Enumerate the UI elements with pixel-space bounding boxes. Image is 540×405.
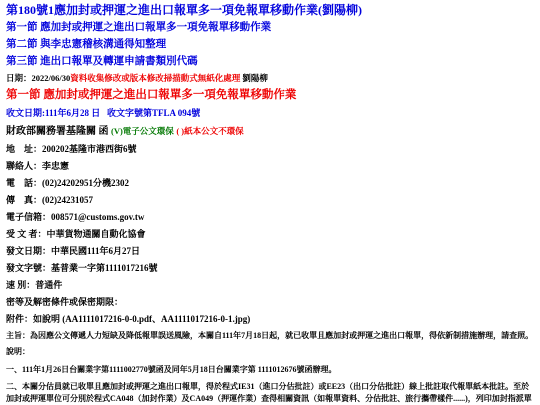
field-fax: 傳 真：(02)24231057 — [6, 195, 534, 206]
received-number: 收文字號第TFLA 094號 — [107, 108, 200, 118]
toc-section-3: 第三節 進出口報單及轉運申請書類別代碼 — [6, 56, 534, 68]
field-value: 200202基隆市港西街6號 — [42, 144, 137, 154]
explanation-item-1: 一、111年1月26日台關業字第1111002770號函及同年5月18日台關業字… — [6, 364, 534, 376]
field-phone: 電 話：(02)24202951分機2302 — [6, 178, 534, 189]
letterhead-line: 財政部關務署基隆關 函 (V)電子公文環保 ( )紙本公文不環保 — [6, 125, 534, 138]
field-confidentiality: 密等及解密條件或保密期限： — [6, 297, 534, 308]
toc-section-1: 第一節 應加封或押運之進出口報單多一項免報單移動作業 — [6, 22, 534, 34]
field-label: 電子信箱： — [6, 212, 51, 222]
document-main-title: 第180號1應加封或押運之進出口報單多一項免報單移動作業(劉陽柳) — [6, 3, 534, 17]
paperless-red-note: 資料收集修改或版本修改掃描動式無紙化處理 — [70, 73, 240, 83]
subject-label: 主旨： — [6, 331, 30, 340]
field-value: (02)24231057 — [42, 195, 93, 205]
received-date: 收文日期:111年6月28 日 — [6, 108, 100, 118]
field-label: 聯絡人： — [6, 161, 42, 171]
field-label: 傳 真： — [6, 195, 42, 205]
field-label: 地 址： — [6, 144, 42, 154]
receipt-line: 收文日期:111年6月28 日 收文字號第TFLA 094號 — [6, 108, 534, 119]
field-recipient: 受 文 者：中華貨物通關自動化協會 — [6, 229, 534, 240]
customs-letter-document: 第180號1應加封或押運之進出口報單多一項免報單移動作業(劉陽柳) 第一節 應加… — [0, 0, 540, 405]
field-contact-person: 聯絡人：李忠憲 — [6, 161, 534, 172]
subject-text: 為因應公文傳遞人力短缺及降低報單誤送風險，本關自111年7月18日起，就已收單且… — [30, 331, 533, 340]
paper-doc-uncheck: ( )紙本公文不環保 — [176, 126, 243, 136]
field-issue-number: 發文字號：基普業一字第1111017216號 — [6, 263, 534, 274]
explanation-label: 說明： — [6, 347, 534, 357]
field-label: 速 別： — [6, 280, 35, 290]
field-value: (02)24202951分機2302 — [42, 178, 129, 188]
field-value: 普通件 — [35, 280, 62, 290]
date-label: 日期：2022/06/30 — [6, 73, 70, 83]
field-value: 中華貨物通關自動化協會 — [47, 229, 146, 239]
field-value: 如說明 (AA1111017216-0-0.pdf、AA1111017216-0… — [33, 314, 250, 324]
field-label: 受 文 者： — [6, 229, 47, 239]
field-value: 008571@customs.gov.tw — [51, 212, 144, 222]
field-label: 電 話： — [6, 178, 42, 188]
field-label: 附件： — [6, 314, 33, 324]
field-label: 發文字號： — [6, 263, 51, 273]
field-issue-date: 發文日期：中華民國111年6月27日 — [6, 246, 534, 257]
author-name: 劉陽柳 — [242, 73, 268, 83]
field-label: 密等及解密條件或保密期限： — [6, 297, 123, 307]
field-priority: 速 別：普通件 — [6, 280, 534, 291]
agency-name: 財政部關務署基隆關 函 — [6, 126, 109, 137]
field-value: 基普業一字第1111017216號 — [51, 263, 158, 273]
field-attachment: 附件：如說明 (AA1111017216-0-0.pdf、AA111101721… — [6, 314, 534, 325]
subject-line: 主旨：為因應公文傳遞人力短缺及降低報單誤送風險，本關自111年7月18日起，就已… — [6, 331, 534, 341]
field-label: 發文日期： — [6, 246, 51, 256]
explanation-item-2: 二、本關分估員就已收單且應加封或押運之進出口報單，得於程式IE31（進口分估批註… — [6, 381, 534, 405]
toc-section-2: 第二節 與李忠憲稽核溝通得知整理 — [6, 39, 534, 51]
date-line: 日期：2022/06/30資料收集修改或版本修改掃描動式無紙化處理 劉陽柳 — [6, 73, 534, 83]
field-email: 電子信箱：008571@customs.gov.tw — [6, 212, 534, 223]
field-value: 李忠憲 — [42, 161, 69, 171]
electronic-doc-check: (V)電子公文環保 — [111, 126, 174, 136]
field-value: 中華民國111年6月27日 — [51, 246, 140, 256]
section-one-header: 第一節 應加封或押運之進出口報單多一項免報單移動作業 — [6, 89, 534, 102]
field-address: 地 址：200202基隆市港西街6號 — [6, 144, 534, 155]
